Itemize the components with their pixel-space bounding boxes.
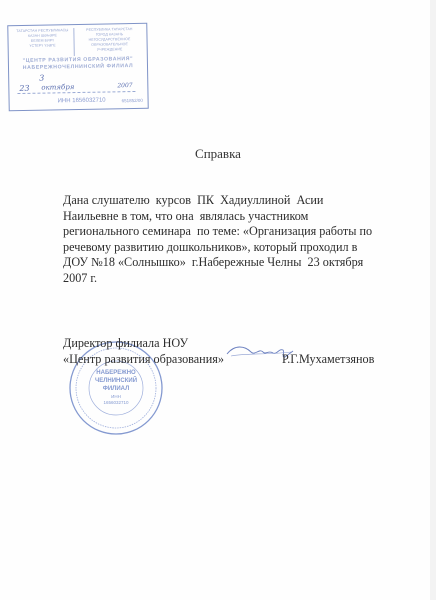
seal-text: ЧЕЛНИНСКИЙ: [95, 376, 137, 384]
stamp-date-month: октября: [41, 83, 74, 92]
stamp-branch-name: НАБЕРЕЖНОЧЕЛНИНСКИЙ ФИЛИАЛ: [13, 63, 143, 72]
stamp-left-column: ТАТАРСТАН РЕСПУБЛИКАСЫ КАЗАН ШӘҺӘРЕ БЕЛЕ…: [11, 28, 74, 57]
body-line: регионального семинара по теме: «Организ…: [63, 224, 393, 240]
registration-stamp: ТАТАРСТАН РЕСПУБЛИКАСЫ КАЗАН ШӘҺӘРЕ БЕЛЕ…: [7, 23, 148, 111]
seal-text: ИНН: [111, 394, 121, 399]
stamp-date-day: 23: [19, 84, 29, 93]
stamp-text: УЧРЕЖДЕНИЕ: [79, 47, 141, 53]
body-line: ДОУ №18 «Солнышко» г.Набережные Челны 23…: [63, 255, 393, 271]
body-line: Дана слушателю курсов ПК Хадиуллиной Аси…: [63, 193, 393, 209]
signer-organization: «Центр развития образования»: [63, 352, 224, 368]
stamp-inn: ИНН 1656032710: [58, 98, 106, 105]
signer-position: Директор филиала НОУ: [63, 336, 224, 352]
document-body: Дана слушателю курсов ПК Хадиуллиной Аси…: [63, 193, 393, 287]
body-line: 2007 г.: [63, 271, 393, 287]
document-title: Справка: [0, 146, 436, 162]
signature-block: Директор филиала НОУ «Центр развития обр…: [63, 336, 224, 367]
stamp-right-column: РЕСПУБЛИКА ТАТАРСТАН ГОРОД КАЗАНЬ НЕГОСУ…: [78, 27, 140, 53]
page-edge: [430, 0, 436, 600]
body-line: Наильевне в том, что она являлась участн…: [63, 209, 393, 225]
stamp-date-year: 2007: [117, 82, 132, 89]
stamp-text: ҮСТЕРҮ ҮЗӘГЕ: [12, 43, 74, 49]
stamp-code: 651852/00: [122, 98, 143, 103]
seal-text: ФИЛИАЛ: [103, 386, 130, 392]
seal-text: НАБЕРЕЖНО: [96, 370, 136, 376]
body-line: речевому развитию дошкольников», который…: [63, 240, 393, 256]
stamp-reg-number: 3: [39, 74, 44, 83]
signer-name: Р.Г.Мухаметзянов: [282, 352, 374, 367]
seal-text: 1656032710: [103, 400, 129, 405]
stamp-organization: "ЦЕНТР РАЗВИТИЯ ОБРАЗОВАНИЯ" НАБЕРЕЖНОЧЕ…: [13, 56, 143, 72]
